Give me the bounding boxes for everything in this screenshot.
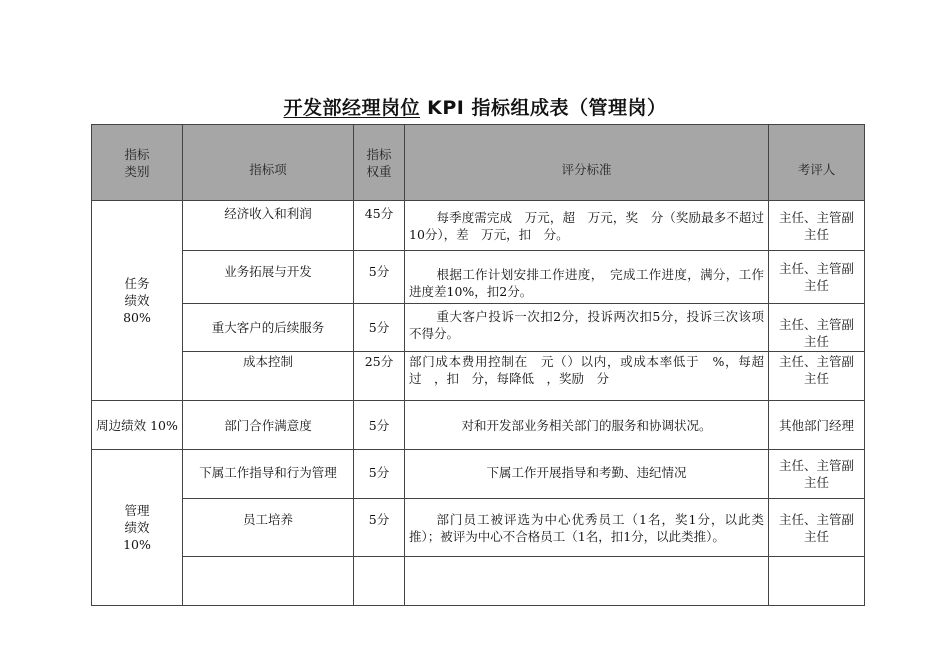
criteria-cell: 根据工作计划安排工作进度， 完成工作进度，满分，工作进度差10%，扣2分。 [405, 251, 769, 304]
header-criteria: 评分标准 [405, 125, 769, 201]
category-peripheral: 周边绩效 10% [92, 401, 183, 450]
criteria-cell: 对和开发部业务相关部门的服务和协调状况。 [405, 401, 769, 450]
table-row: 成本控制 25分 部门成本费用控制在 元（）以内，或成本率低于 %，每超过 ，扣… [92, 352, 865, 401]
weight-cell: 5分 [354, 401, 405, 450]
table-row-empty [92, 557, 865, 606]
kpi-table: 指标类别 指标项 指标权重 评分标准 考评人 任务 绩效 80% 经济收入和利润… [91, 124, 865, 606]
criteria-cell: 部门成本费用控制在 元（）以内，或成本率低于 %，每超过 ，扣 分，每降低 ，奖… [405, 352, 769, 401]
criteria-cell: 下属工作开展指导和考勤、违纪情况 [405, 450, 769, 499]
title-underlined: 开发部经理岗位 [284, 97, 421, 119]
item-cell: 经济收入和利润 [183, 201, 354, 251]
item-cell: 重大客户的后续服务 [183, 304, 354, 352]
criteria-cell [405, 557, 769, 606]
table-row: 周边绩效 10% 部门合作满意度 5分 对和开发部业务相关部门的服务和协调状况。… [92, 401, 865, 450]
weight-cell [354, 557, 405, 606]
header-category: 指标类别 [92, 125, 183, 201]
weight-cell: 5分 [354, 251, 405, 304]
evaluator-cell: 其他部门经理 [769, 401, 865, 450]
criteria-cell: 每季度需完成 万元，超 万元，奖 分（奖励最多不超过10分），差 万元，扣 分。 [405, 201, 769, 251]
evaluator-cell: 主任、主管副主任 [769, 450, 865, 499]
header-weight-line2: 权重 [358, 163, 400, 180]
evaluator-cell: 主任、主管副主任 [769, 201, 865, 251]
table-row: 重大客户的后续服务 5分 重大客户投诉一次扣2分，投诉两次扣5分，投诉三次该项不… [92, 304, 865, 352]
header-category-line1: 指标 [96, 146, 178, 163]
weight-cell: 25分 [354, 352, 405, 401]
page-title: 开发部经理岗位 KPI 指标组成表（管理岗） [0, 93, 950, 120]
weight-cell: 45分 [354, 201, 405, 251]
header-criteria-label: 评分标准 [561, 162, 611, 177]
category-line: 80% [96, 309, 178, 326]
criteria-cell: 部门员工被评选为中心优秀员工（1名，奖1分，以此类推）；被评为中心不合格员工（1… [405, 499, 769, 557]
header-weight-line1: 指标 [358, 146, 400, 163]
category-line: 绩效 [96, 292, 178, 309]
header-item-label: 指标项 [249, 162, 287, 177]
header-evaluator-label: 考评人 [798, 162, 836, 177]
criteria-cell: 重大客户投诉一次扣2分，投诉两次扣5分，投诉三次该项不得分。 [405, 304, 769, 352]
category-task: 任务 绩效 80% [92, 201, 183, 401]
category-management: 管理 绩效 10% [92, 450, 183, 606]
evaluator-cell [769, 557, 865, 606]
header-evaluator: 考评人 [769, 125, 865, 201]
evaluator-cell: 主任、主管副主任 [769, 251, 865, 304]
weight-cell: 5分 [354, 450, 405, 499]
table-row: 管理 绩效 10% 下属工作指导和行为管理 5分 下属工作开展指导和考勤、违纪情… [92, 450, 865, 499]
evaluator-cell: 主任、主管副主任 [769, 304, 865, 352]
weight-cell: 5分 [354, 499, 405, 557]
header-weight: 指标权重 [354, 125, 405, 201]
table-row: 任务 绩效 80% 经济收入和利润 45分 每季度需完成 万元，超 万元，奖 分… [92, 201, 865, 251]
table-row: 业务拓展与开发 5分 根据工作计划安排工作进度， 完成工作进度，满分，工作进度差… [92, 251, 865, 304]
weight-cell: 5分 [354, 304, 405, 352]
header-item: 指标项 [183, 125, 354, 201]
category-line: 任务 [96, 275, 178, 292]
evaluator-cell: 主任、主管副主任 [769, 352, 865, 401]
evaluator-cell: 主任、主管副主任 [769, 499, 865, 557]
item-cell: 员工培养 [183, 499, 354, 557]
title-rest: KPI 指标组成表（管理岗） [420, 97, 666, 119]
header-category-line2: 类别 [96, 163, 178, 180]
category-line: 绩效 [96, 519, 178, 536]
item-cell: 业务拓展与开发 [183, 251, 354, 304]
table-row: 员工培养 5分 部门员工被评选为中心优秀员工（1名，奖1分，以此类推）；被评为中… [92, 499, 865, 557]
category-line: 管理 [96, 502, 178, 519]
header-row: 指标类别 指标项 指标权重 评分标准 考评人 [92, 125, 865, 201]
item-cell: 部门合作满意度 [183, 401, 354, 450]
item-cell: 成本控制 [183, 352, 354, 401]
item-cell [183, 557, 354, 606]
category-line: 10% [96, 536, 178, 553]
item-cell: 下属工作指导和行为管理 [183, 450, 354, 499]
